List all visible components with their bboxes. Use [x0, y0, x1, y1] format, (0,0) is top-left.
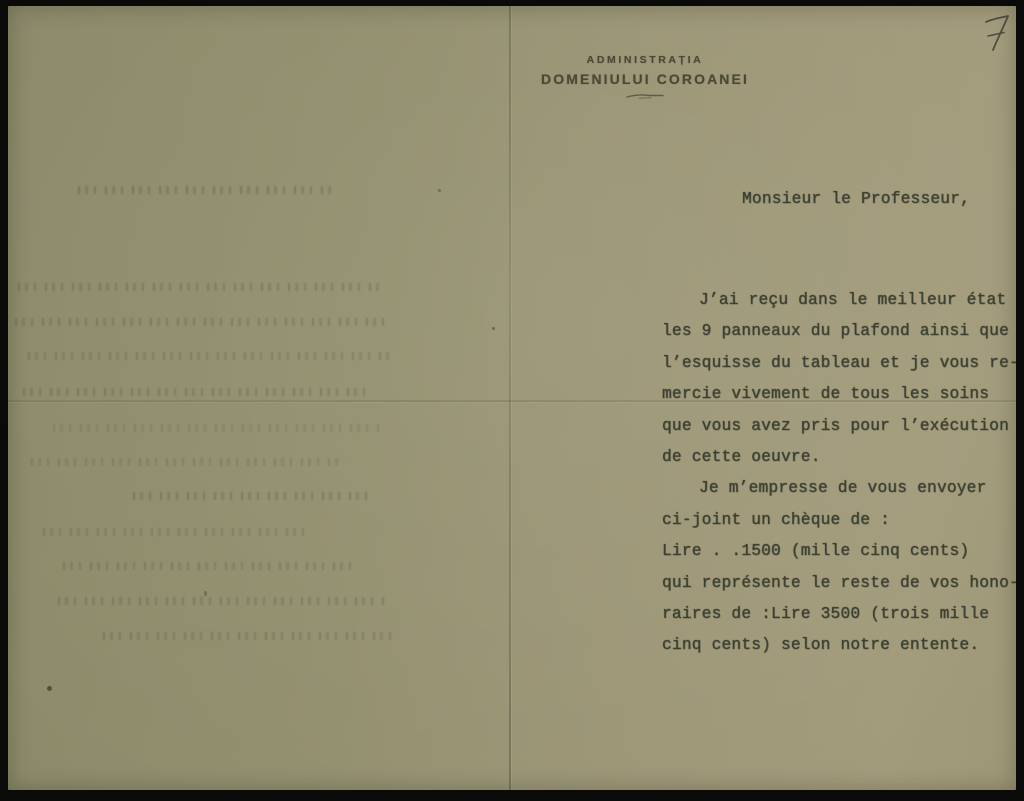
paper-speck — [47, 686, 52, 691]
letter-line: Je m’empresse de vous envoyer — [662, 473, 1016, 504]
salutation: Monsieur le Professeur, — [742, 184, 970, 215]
handwritten-page-number — [982, 10, 1016, 56]
bleed-line — [28, 458, 338, 466]
letterhead: ADMINISTRAȚIA DOMENIULUI COROANEI — [505, 54, 785, 105]
letterhead-line1: ADMINISTRAȚIA — [505, 54, 785, 66]
paper-speck — [492, 327, 495, 330]
letter-body: J’ai reçu dans le meilleur état les 9 pa… — [662, 285, 1016, 662]
letterhead-line2: DOMENIULUI COROANEI — [505, 71, 785, 87]
bleed-line — [40, 528, 310, 536]
letter-line: cinq cents) selon notre entente. — [662, 630, 1016, 661]
letter-line: mercie vivement de tous les soins — [662, 379, 1016, 410]
bleed-line — [12, 318, 390, 326]
vertical-fold-crease — [509, 6, 511, 790]
paper-speck — [438, 189, 441, 192]
bleed-line — [25, 352, 395, 360]
letter-line: qui représente le reste de vos hono- — [662, 568, 1016, 599]
letter-line: que vous avez pris pour l’exécution — [662, 411, 1016, 442]
letter-paper: ADMINISTRAȚIA DOMENIULUI COROANEI Monsie… — [8, 6, 1016, 790]
bleed-line — [20, 388, 365, 396]
letter-line: raires de :Lire 3500 (trois mille — [662, 599, 1016, 630]
bleed-line — [75, 186, 337, 194]
letterhead-ornament-icon — [625, 92, 665, 100]
bleed-line — [55, 597, 385, 605]
letter-line: J’ai reçu dans le meilleur état — [662, 285, 1016, 316]
letter-line: l’esquisse du tableau et je vous re- — [662, 348, 1016, 379]
bleed-line — [60, 562, 360, 570]
letter-line: les 9 panneaux du plafond ainsi que — [662, 316, 1016, 347]
scanned-letter: ADMINISTRAȚIA DOMENIULUI COROANEI Monsie… — [0, 0, 1024, 801]
letter-line: de cette oeuvre. — [662, 442, 1016, 473]
letter-line: Lire . .1500 (mille cinq cents) — [662, 536, 1016, 567]
letter-line: ci-joint un chèque de : — [662, 505, 1016, 536]
scan-edge-notch — [0, 424, 7, 439]
bleed-line — [15, 283, 380, 291]
paper-speck — [204, 591, 207, 596]
bleed-line — [100, 632, 395, 640]
bleed-line — [130, 492, 370, 500]
bleed-line — [50, 424, 380, 432]
